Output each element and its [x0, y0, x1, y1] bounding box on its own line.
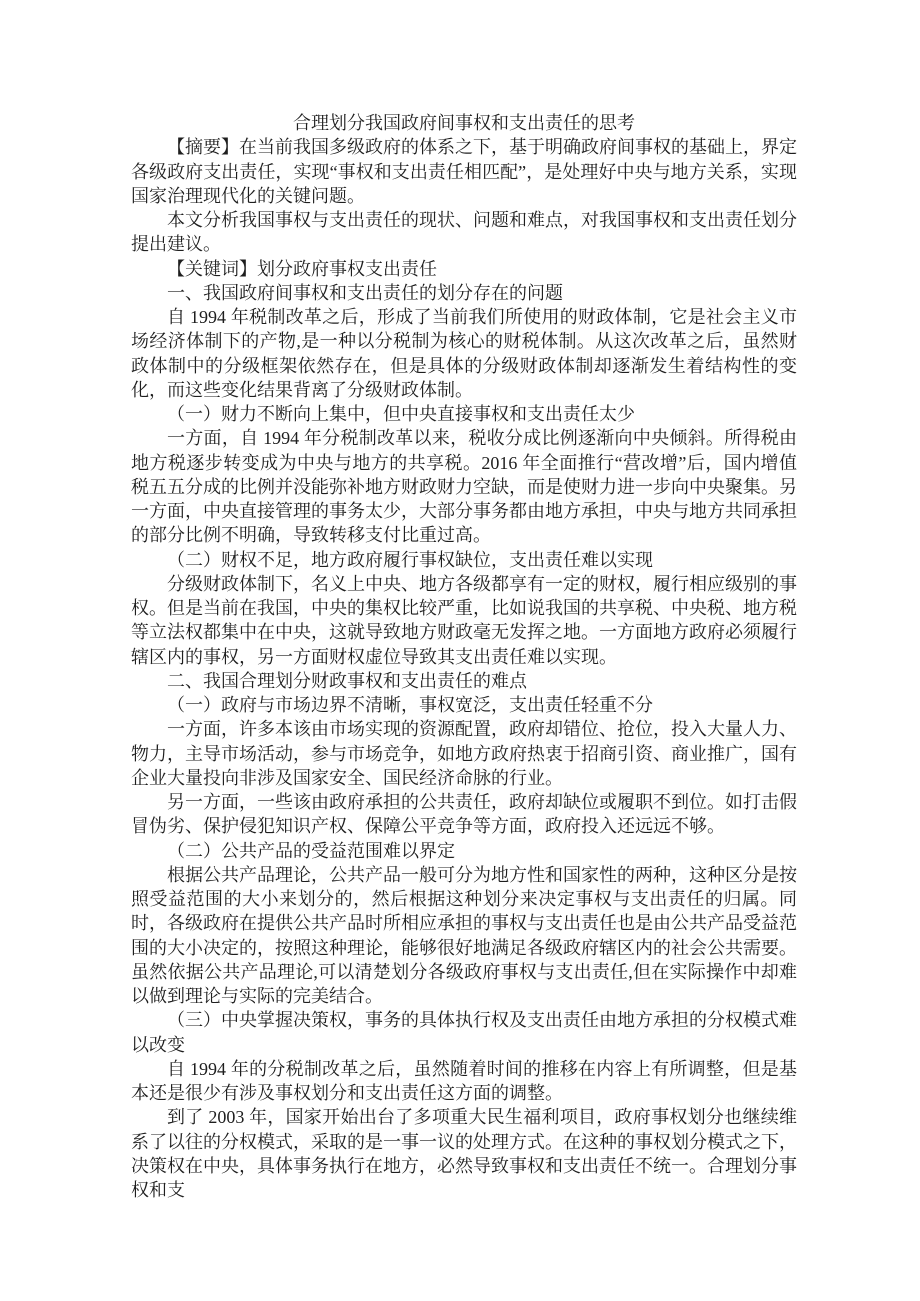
paragraph: 分级财政体制下，名义上中央、地方各级都享有一定的财权，履行相应级别的事权。但是当… — [131, 572, 797, 669]
paragraph: 到了 2003 年，国家开始出台了多项重大民生福利项目，政府事权划分也继续维系了… — [131, 1105, 797, 1202]
paragraph: 【摘要】在当前我国多级政府的体系之下，基于明确政府间事权的基础上，界定各级政府支… — [131, 135, 797, 208]
paragraph: 一方面，许多本该由市场实现的资源配置，政府却错位、抢位，投入大量人力、物力，主导… — [131, 717, 797, 790]
section-heading: 一、我国政府间事权和支出责任的划分存在的问题 — [131, 281, 797, 305]
document-page: 合理划分我国政府间事权和支出责任的思考 【摘要】在当前我国多级政府的体系之下，基… — [0, 0, 920, 1301]
paragraph: 【关键词】划分政府事权支出责任 — [131, 257, 797, 281]
section-heading: （二）公共产品的受益范围难以界定 — [131, 839, 797, 863]
section-heading: 二、我国合理划分财政事权和支出责任的难点 — [131, 669, 797, 693]
document-body: 【摘要】在当前我国多级政府的体系之下，基于明确政府间事权的基础上，界定各级政府支… — [131, 135, 797, 1202]
section-heading: （二）财权不足，地方政府履行事权缺位，支出责任难以实现 — [131, 548, 797, 572]
paragraph: 一方面，自 1994 年分税制改革以来，税收分成比例逐渐向中央倾斜。所得税由地方… — [131, 426, 797, 547]
section-heading: （一）政府与市场边界不清晰，事权宽泛，支出责任轻重不分 — [131, 693, 797, 717]
document-content: 合理划分我国政府间事权和支出责任的思考 【摘要】在当前我国多级政府的体系之下，基… — [131, 111, 797, 1202]
section-heading: （一）财力不断向上集中，但中央直接事权和支出责任太少 — [131, 402, 797, 426]
document-title: 合理划分我国政府间事权和支出责任的思考 — [131, 111, 797, 135]
paragraph: 另一方面，一些该由政府承担的公共责任，政府却缺位或履职不到位。如打击假冒伪劣、保… — [131, 790, 797, 839]
paragraph: 根据公共产品理论，公共产品一般可分为地方性和国家性的两种，这种区分是按照受益范围… — [131, 863, 797, 1009]
section-heading: （三）中央掌握决策权，事务的具体执行权及支出责任由地方承担的分权模式难以改变 — [131, 1008, 797, 1057]
paragraph: 自 1994 年税制改革之后，形成了当前我们所使用的财政体制，它是社会主义市场经… — [131, 305, 797, 402]
paragraph: 本文分析我国事权与支出责任的现状、问题和难点，对我国事权和支出责任划分提出建议。 — [131, 208, 797, 257]
paragraph: 自 1994 年的分税制改革之后，虽然随着时间的推移在内容上有所调整，但是基本还… — [131, 1057, 797, 1106]
